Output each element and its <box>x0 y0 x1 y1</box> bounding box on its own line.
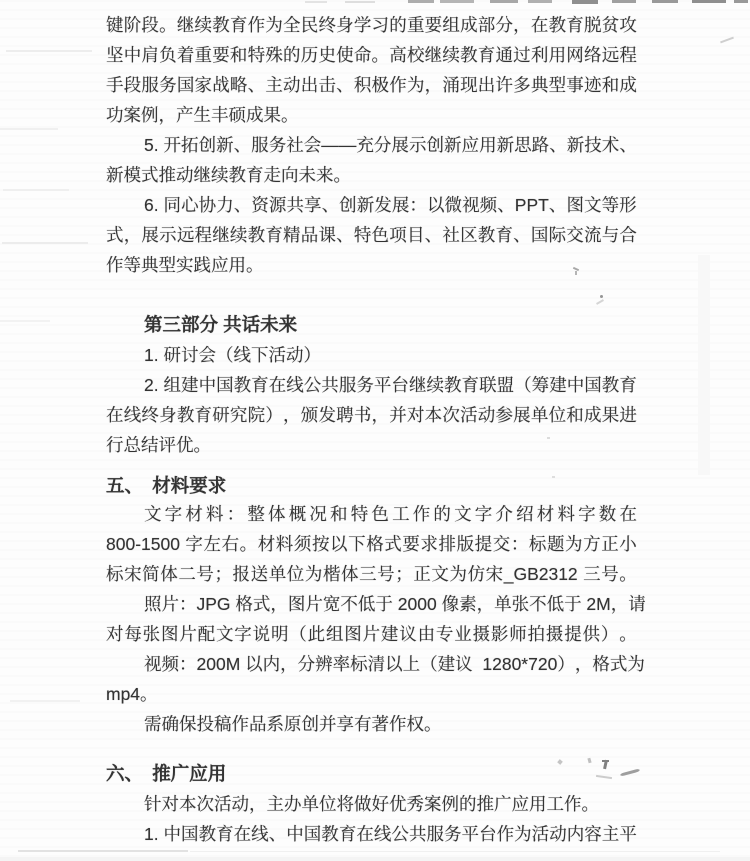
text-line-8: 式，展示远程继续教育精品课、特色项目、社区教育、国际交流与合 <box>106 220 637 250</box>
document-text: 键阶段。继续教育作为全民终身学习的重要组成部分，在教育脱贫攻坚中肩负着重要和特殊… <box>0 0 750 861</box>
text-line-22: mp4。 <box>106 679 158 709</box>
text-line-11: 1. 研讨会（线下活动） <box>144 340 321 370</box>
text-line-6: 新模式推动继续教育走向未来。 <box>106 160 351 190</box>
heading-section-6-promotion: 六、 推广应用 <box>106 759 226 789</box>
text-line-18: 标宋简体二号；报送单位为楷体三号；正文为仿宋_GB2312 三号。 <box>106 559 637 589</box>
text-line-20: 对每张图片配文字说明（此组图片建议由专业摄影师拍摄提供）。 <box>106 619 637 649</box>
text-line-16: 文字材料：整体概况和特色工作的文字介绍材料字数在 <box>144 499 637 529</box>
text-line-13: 在线终身教育研究院），颁发聘书，并对本次活动参展单位和成果进 <box>106 400 637 430</box>
text-line-7: 6. 同心协力、资源共享、创新发展：以微视频、PPT、图文等形 <box>144 190 637 220</box>
heading-part-three: 第三部分 共话未来 <box>144 310 297 340</box>
text-line-12: 2. 组建中国教育在线公共服务平台继续教育联盟（筹建中国教育 <box>144 370 637 400</box>
text-line-4: 功案例，产生丰硕成果。 <box>106 100 299 130</box>
scanned-document-page: 键阶段。继续教育作为全民终身学习的重要组成部分，在教育脱贫攻坚中肩负着重要和特殊… <box>0 0 750 861</box>
text-line-5: 5. 开拓创新、服务社会——充分展示创新应用新思路、新技术、 <box>144 130 637 160</box>
text-line-17: 800-1500 字左右。材料须按以下格式要求排版提交：标题为方正小 <box>106 529 637 559</box>
text-line-25: 针对本次活动，主办单位将做好优秀案例的推广应用工作。 <box>144 789 599 819</box>
text-line-26: 1. 中国教育在线、中国教育在线公共服务平台作为活动内容主平 <box>144 819 637 849</box>
text-line-3: 手段服务国家战略、主动出击、积极作为，涌现出许多典型事迹和成 <box>106 70 637 100</box>
text-line-19: 照片：JPG 格式，图片宽不低于 2000 像素，单张不低于 2M，请 <box>144 589 637 619</box>
text-line-14: 行总结评优。 <box>106 430 211 460</box>
text-line-9: 作等典型实践应用。 <box>106 250 264 280</box>
text-line-1: 键阶段。继续教育作为全民终身学习的重要组成部分，在教育脱贫攻 <box>106 10 637 40</box>
text-line-21: 视频：200M 以内，分辨率标清以上（建议 1280*720），格式为 <box>144 649 637 679</box>
heading-section-5-materials: 五、 材料要求 <box>106 471 226 501</box>
text-line-23: 需确保投稿作品系原创并享有著作权。 <box>144 709 442 739</box>
text-line-2: 坚中肩负着重要和特殊的历史使命。高校继续教育通过利用网络远程 <box>106 40 637 70</box>
